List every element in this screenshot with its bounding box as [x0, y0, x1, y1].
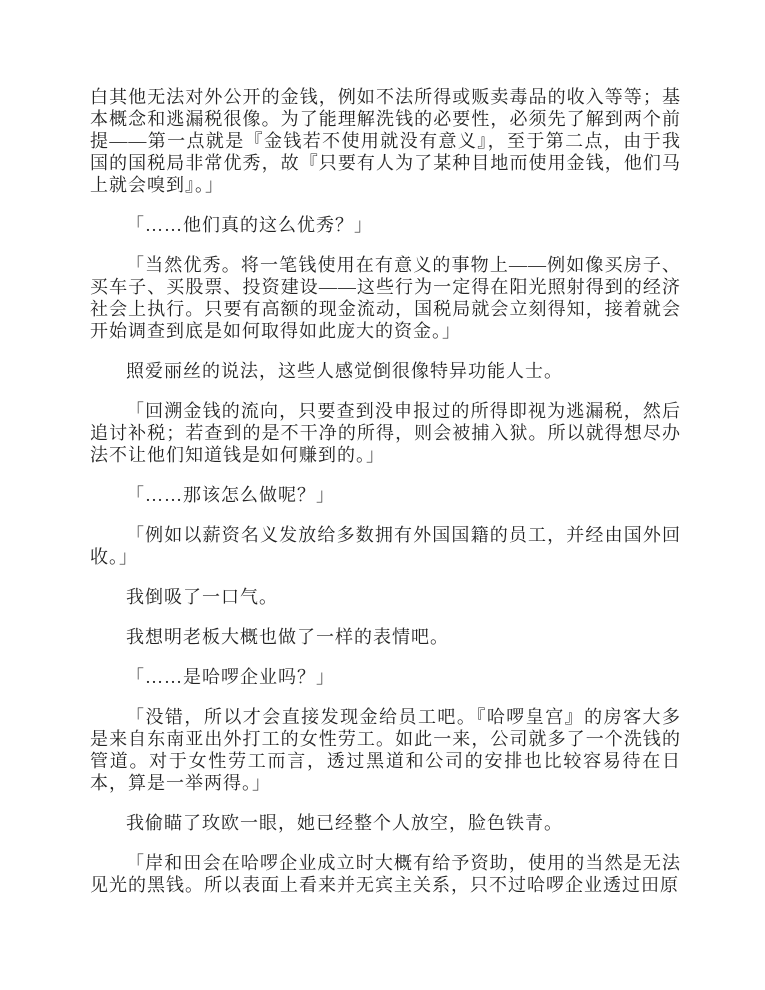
- paragraph-10: 「……是哈啰企业吗？」: [90, 666, 681, 688]
- paragraph-9: 我想明老板大概也做了一样的表情吧。: [90, 626, 681, 648]
- paragraph-4: 照爱丽丝的说法，这些人感觉倒很像特异功能人士。: [90, 360, 681, 382]
- paragraph-5: 「回溯金钱的流向，只要查到没申报过的所得即视为逃漏税，然后追讨补税；若查到的是不…: [90, 400, 681, 466]
- paragraph-6: 「……那该怎么做呢？」: [90, 484, 681, 506]
- paragraph-2: 「……他们真的这么优秀？」: [90, 214, 681, 236]
- document-page: 白其他无法对外公开的金钱，例如不法所得或贩卖毒品的收入等等；基本概念和逃漏税很像…: [0, 0, 765, 990]
- paragraph-7: 「例如以薪资名义发放给多数拥有外国国籍的员工，并经由国外回收。」: [90, 524, 681, 568]
- paragraph-1: 白其他无法对外公开的金钱，例如不法所得或贩卖毒品的收入等等；基本概念和逃漏税很像…: [90, 86, 681, 196]
- paragraph-8: 我倒吸了一口气。: [90, 586, 681, 608]
- paragraph-3: 「当然优秀。将一笔钱使用在有意义的事物上——例如像买房子、买车子、买股票、投资建…: [90, 254, 681, 342]
- paragraph-11: 「没错，所以才会直接发现金给员工吧。『哈啰皇宫』的房客大多是来自东南亚出外打工的…: [90, 706, 681, 794]
- paragraph-12: 我偷瞄了玫欧一眼，她已经整个人放空，脸色铁青。: [90, 812, 681, 834]
- paragraph-13: 「岸和田会在哈啰企业成立时大概有给予资助，使用的当然是无法见光的黑钱。所以表面上…: [90, 852, 681, 896]
